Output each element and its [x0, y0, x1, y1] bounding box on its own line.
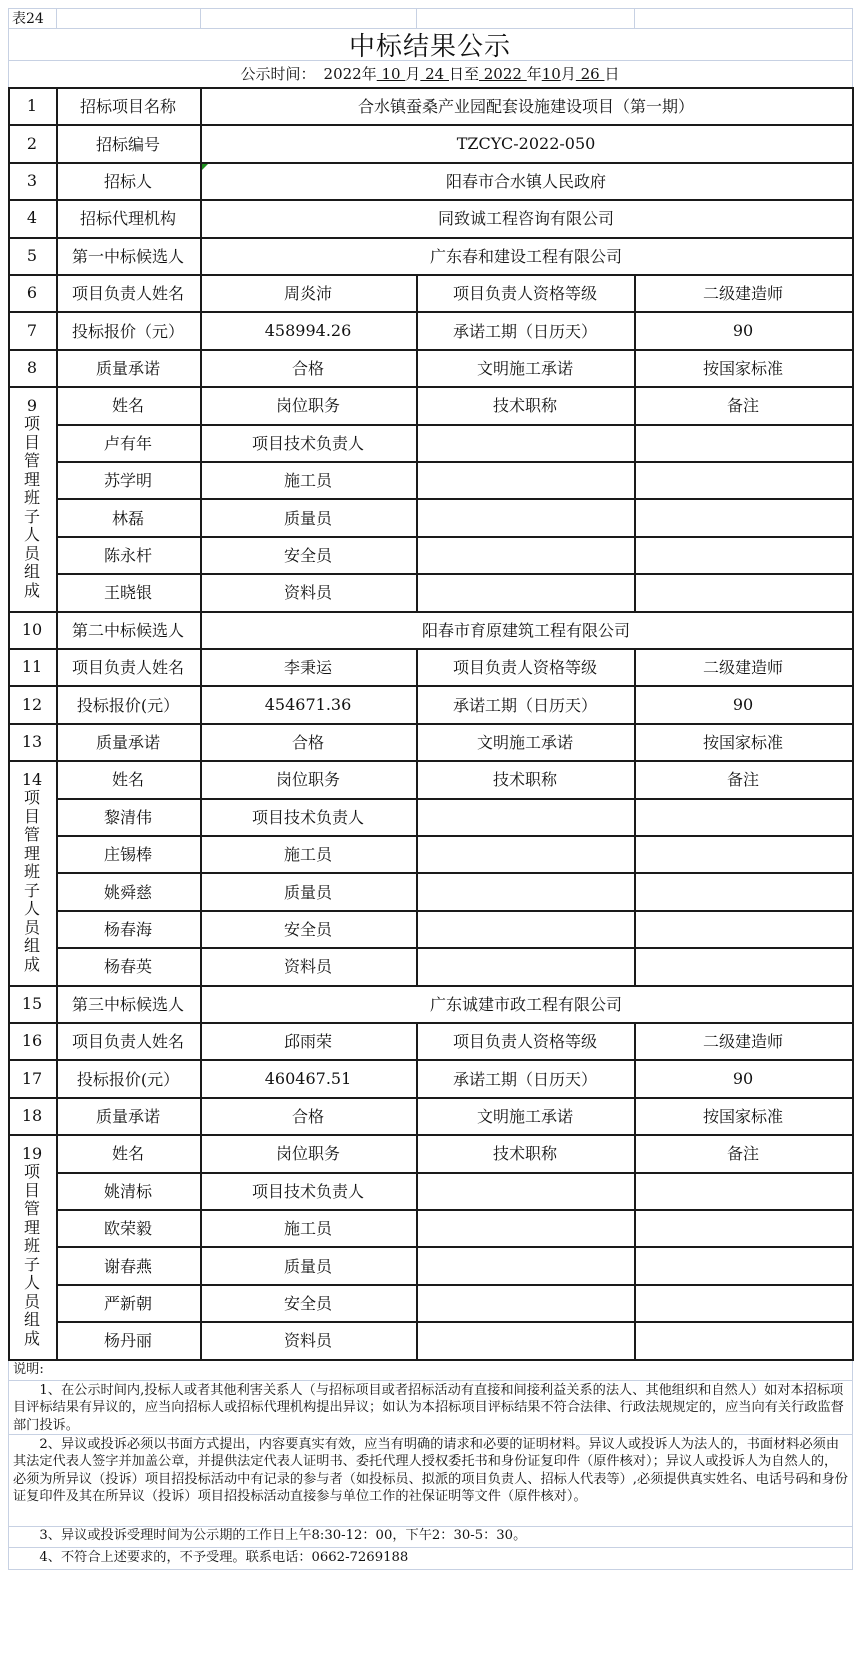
date-day1: 24: [420, 65, 449, 83]
member-name: 陈永杆: [56, 536, 200, 573]
team-label-char: 成: [24, 1330, 40, 1349]
team-column-header: 岗位职务: [200, 760, 416, 797]
team-label-char: 成: [24, 582, 40, 601]
civil-construction-label: 文明施工承诺: [416, 349, 634, 386]
member-note: [634, 461, 852, 498]
quality-value: 合格: [200, 1097, 416, 1134]
duration-value: 90: [634, 311, 852, 348]
gridline: [56, 573, 58, 612]
candidate-company: 广东诚建市政工程有限公司: [200, 985, 852, 1022]
gridline: [634, 685, 636, 724]
gridline: [200, 237, 202, 276]
member-role: 施工员: [200, 461, 416, 498]
gridline: [56, 8, 57, 29]
gridline: [200, 1059, 202, 1098]
gridline: [200, 1134, 202, 1173]
gridline: [8, 1097, 854, 1099]
member-note: [634, 798, 852, 835]
gridline: [56, 1321, 58, 1360]
gridline: [200, 685, 202, 724]
member-note: [634, 536, 852, 573]
gridline: [56, 237, 58, 276]
duration-label: 承诺工期（日历天）: [416, 1059, 634, 1096]
gridline: [8, 274, 854, 276]
team-label-char: 管: [24, 1200, 40, 1219]
gridline: [56, 1097, 58, 1136]
candidate-company: 广东春和建设工程有限公司: [200, 237, 852, 274]
member-note: [634, 947, 852, 984]
gridline: [56, 1209, 58, 1248]
gridline: [56, 723, 58, 762]
gridline: [8, 760, 854, 762]
gridline: [200, 798, 202, 837]
date-year1: 2022年: [324, 63, 377, 84]
field-label: 招标人: [56, 162, 200, 199]
gridline: [416, 386, 418, 425]
field-value: TZCYC-2022-050: [200, 124, 852, 161]
team-label-char: 组: [24, 563, 40, 582]
gridline: [56, 1022, 58, 1061]
member-name: 苏学明: [56, 461, 200, 498]
member-title: [416, 536, 634, 573]
team-section-label: 14项目管理班子人员组成: [8, 760, 56, 984]
field-value: 合水镇蚕桑产业园配套设施建设项目（第一期）: [200, 87, 852, 124]
qualification-label: 项目负责人资格等级: [416, 1022, 634, 1059]
member-note: [634, 498, 852, 535]
qualification-value: 二级建造师: [634, 648, 852, 685]
gridline: [200, 424, 202, 463]
member-name: 姚清标: [56, 1172, 200, 1209]
team-label-char: 理: [24, 1219, 40, 1238]
gridline: [56, 1284, 58, 1323]
gridline: [416, 835, 418, 874]
gridline: [852, 8, 853, 88]
gridline: [56, 162, 58, 201]
gridline: [634, 1059, 636, 1098]
member-title: [416, 498, 634, 535]
date-m-label1: 月: [405, 63, 420, 84]
gridline: [56, 386, 58, 425]
gridline: [634, 910, 636, 949]
gridline: [200, 536, 202, 575]
gridline: [416, 1246, 418, 1285]
member-role: 资料员: [200, 1321, 416, 1358]
gridline: [56, 910, 58, 949]
team-label-char: 组: [24, 1311, 40, 1330]
team-label-char: 班: [24, 1237, 40, 1256]
member-title: [416, 947, 634, 984]
date-m-label2: 月: [561, 63, 576, 84]
team-column-header: 备注: [634, 760, 852, 797]
gridline: [634, 311, 636, 350]
team-label-char: 项: [24, 789, 40, 808]
duration-label: 承诺工期（日历天）: [416, 311, 634, 348]
gridline: [56, 424, 58, 463]
member-role: 施工员: [200, 1209, 416, 1246]
manager-name: 周炎沛: [200, 274, 416, 311]
gridline: [56, 648, 58, 687]
bid-price-value: 460467.51: [200, 1059, 416, 1096]
gridline: [200, 349, 202, 388]
candidate-company: 阳春市育原建筑工程有限公司: [200, 611, 852, 648]
gridline: [200, 1209, 202, 1248]
qualification-value: 二级建造师: [634, 274, 852, 311]
quality-value: 合格: [200, 723, 416, 760]
team-label-char: 员: [24, 545, 40, 564]
gridline: [416, 1059, 418, 1098]
member-name: 卢有年: [56, 424, 200, 461]
member-note: [634, 910, 852, 947]
gridline: [634, 386, 636, 425]
member-name: 杨春英: [56, 947, 200, 984]
quality-value: 合格: [200, 349, 416, 386]
member-name: 黎清伟: [56, 798, 200, 835]
row-number: 4: [8, 199, 56, 236]
gridline: [416, 798, 418, 837]
row-number: 12: [8, 685, 56, 722]
gridline: [8, 349, 854, 351]
gridline: [8, 1059, 854, 1061]
member-title: [416, 1321, 634, 1358]
field-value: 同致诚工程咨询有限公司: [200, 199, 852, 236]
gridline: [8, 985, 854, 987]
gridline: [852, 87, 854, 1361]
team-column-header: 技术职称: [416, 760, 634, 797]
gridline: [56, 611, 58, 650]
duration-value: 90: [634, 685, 852, 722]
gridline: [416, 573, 418, 612]
row-number: 7: [8, 311, 56, 348]
member-name: 林磊: [56, 498, 200, 535]
civil-construction-label: 文明施工承诺: [416, 1097, 634, 1134]
qualification-label: 项目负责人资格等级: [416, 274, 634, 311]
gridline: [200, 199, 202, 238]
civil-construction-value: 按国家标准: [634, 349, 852, 386]
team-column-header: 岗位职务: [200, 386, 416, 423]
field-value: 阳春市合水镇人民政府: [200, 162, 852, 199]
member-note: [634, 573, 852, 610]
page-title: 中标结果公示: [8, 28, 852, 60]
member-title: [416, 872, 634, 909]
row-number: 13: [8, 723, 56, 760]
gridline: [200, 611, 202, 650]
member-role: 资料员: [200, 947, 416, 984]
team-label-char: 成: [24, 956, 40, 975]
qualification-label: 项目负责人资格等级: [416, 648, 634, 685]
gridline: [8, 87, 854, 89]
gridline: [200, 835, 202, 874]
gridline: [56, 536, 58, 575]
gridline: [56, 498, 58, 537]
team-column-header: 姓名: [56, 386, 200, 423]
gridline: [8, 124, 854, 126]
row-number: 9: [27, 397, 37, 416]
team-label-char: 人: [24, 1274, 40, 1293]
gridline: [634, 1209, 636, 1248]
row-number: 3: [8, 162, 56, 199]
date-d-label2: 日: [604, 63, 619, 84]
gridline: [416, 349, 418, 388]
table-label: 表24: [8, 8, 56, 28]
bid-price-value: 454671.36: [200, 685, 416, 722]
gridline: [200, 498, 202, 537]
gridline: [634, 274, 636, 313]
member-role: 项目技术负责人: [200, 424, 416, 461]
row-number: 18: [8, 1097, 56, 1134]
gridline: [634, 723, 636, 762]
field-label: 招标项目名称: [56, 87, 200, 124]
member-note: [634, 1246, 852, 1283]
team-label-char: 管: [24, 826, 40, 845]
gridline: [634, 536, 636, 575]
gridline: [416, 311, 418, 350]
team-column-header: 技术职称: [416, 386, 634, 423]
note-item-2: 2、异议或投诉必须以书面方式提出，内容要真实有效，应当有明确的请求和必要的证明材…: [9, 1434, 852, 1526]
error-indicator-icon: [202, 164, 208, 170]
gridline: [56, 1172, 58, 1211]
gridline: [634, 349, 636, 388]
gridline: [634, 1134, 636, 1173]
member-name: 严新朝: [56, 1284, 200, 1321]
member-title: [416, 1209, 634, 1246]
gridline: [416, 723, 418, 762]
gridline: [200, 1022, 202, 1061]
gridline: [56, 311, 58, 350]
gridline: [634, 760, 636, 799]
member-note: [634, 424, 852, 461]
date-d-label1: 日至: [449, 63, 479, 84]
team-label-char: 班: [24, 489, 40, 508]
gridline: [416, 1097, 418, 1136]
civil-construction-label: 文明施工承诺: [416, 723, 634, 760]
gridline: [200, 8, 201, 29]
bid-price-label: 投标报价(元）: [56, 1059, 200, 1096]
quality-label: 质量承诺: [56, 349, 200, 386]
gridline: [634, 1172, 636, 1211]
gridline: [8, 685, 854, 687]
member-note: [634, 1321, 852, 1358]
gridline: [56, 274, 58, 313]
team-label-char: 项: [24, 1163, 40, 1182]
gridline: [634, 424, 636, 463]
quality-label: 质量承诺: [56, 1097, 200, 1134]
team-label-char: 员: [24, 919, 40, 938]
manager-label: 项目负责人姓名: [56, 648, 200, 685]
gridline: [56, 124, 58, 163]
team-label-char: 目: [24, 808, 40, 827]
gridline: [56, 87, 58, 126]
date-month1: 10: [377, 65, 406, 83]
manager-label: 项目负责人姓名: [56, 1022, 200, 1059]
bid-price-label: 投标报价(元）: [56, 685, 200, 722]
candidate-label: 第二中标候选人: [56, 611, 200, 648]
gridline: [56, 349, 58, 388]
gridline: [8, 611, 854, 613]
gridline: [634, 461, 636, 500]
gridline: [8, 8, 853, 9]
gridline: [8, 199, 854, 201]
gridline: [56, 685, 58, 724]
team-label-char: 组: [24, 937, 40, 956]
row-number: 2: [8, 124, 56, 161]
gridline: [200, 124, 202, 163]
member-name: 姚舜慈: [56, 872, 200, 909]
gridline: [56, 985, 58, 1024]
row-number: 14: [22, 771, 42, 790]
member-title: [416, 910, 634, 947]
gridline: [634, 1097, 636, 1136]
civil-construction-value: 按国家标准: [634, 723, 852, 760]
member-note: [634, 835, 852, 872]
member-role: 质量员: [200, 1246, 416, 1283]
team-column-header: 岗位职务: [200, 1134, 416, 1171]
team-label-char: 班: [24, 863, 40, 882]
member-title: [416, 1284, 634, 1321]
team-label-char: 子: [24, 508, 40, 527]
gridline: [416, 274, 418, 313]
note-item-3: 3、异议或投诉受理时间为公示期的工作日上午8:30-12：00，下午2：30-5…: [9, 1526, 852, 1547]
row-number: 19: [22, 1145, 42, 1164]
member-name: 庄锡棒: [56, 835, 200, 872]
gridline: [200, 723, 202, 762]
field-label: 招标编号: [56, 124, 200, 161]
member-title: [416, 1246, 634, 1283]
member-role: 安全员: [200, 1284, 416, 1321]
gridline: [634, 1246, 636, 1285]
gridline: [634, 498, 636, 537]
gridline: [634, 1284, 636, 1323]
gridline: [200, 461, 202, 500]
gridline: [56, 1059, 58, 1098]
team-column-header: 技术职称: [416, 1134, 634, 1171]
row-number: 8: [8, 349, 56, 386]
gridline: [200, 648, 202, 687]
member-role: 施工员: [200, 835, 416, 872]
member-note: [634, 1209, 852, 1246]
member-role: 安全员: [200, 910, 416, 947]
gridline: [200, 1172, 202, 1211]
duration-value: 90: [634, 1059, 852, 1096]
gridline: [416, 424, 418, 463]
gridline: [56, 199, 58, 238]
gridline: [200, 311, 202, 350]
gridline: [634, 1022, 636, 1061]
gridline: [634, 8, 635, 29]
member-name: 王晓银: [56, 573, 200, 610]
candidate-label: 第三中标候选人: [56, 985, 200, 1022]
date-y-label2: 年: [527, 63, 542, 84]
team-label-char: 子: [24, 882, 40, 901]
team-column-header: 备注: [634, 386, 852, 423]
field-label: 招标代理机构: [56, 199, 200, 236]
gridline: [416, 685, 418, 724]
gridline: [634, 573, 636, 612]
manager-name: 邱雨荣: [200, 1022, 416, 1059]
gridline: [56, 835, 58, 874]
gridline: [8, 162, 854, 164]
gridline: [634, 835, 636, 874]
gridline: [416, 1172, 418, 1211]
team-label-char: 理: [24, 845, 40, 864]
row-number: 10: [8, 611, 56, 648]
gridline: [200, 760, 202, 799]
row-number: 17: [8, 1059, 56, 1096]
notes-heading: 说明:: [9, 1361, 852, 1380]
note-item-1: 1、在公示时间内,投标人或者其他利害关系人（与招标项目或者招标活动有直接和间接利…: [9, 1380, 852, 1434]
row-number: 6: [8, 274, 56, 311]
gridline: [56, 461, 58, 500]
publicity-period: 公示时间：2022年 10 月 24 日至 2022 年10月 26 日: [8, 60, 852, 87]
gridline: [416, 648, 418, 687]
gridline: [416, 1321, 418, 1360]
gridline: [200, 910, 202, 949]
team-label-char: 管: [24, 452, 40, 471]
gridline: [416, 1284, 418, 1323]
gridline: [8, 723, 854, 725]
gridline: [8, 386, 854, 388]
candidate-label: 第一中标候选人: [56, 237, 200, 274]
member-title: [416, 835, 634, 872]
gridline: [416, 461, 418, 500]
civil-construction-value: 按国家标准: [634, 1097, 852, 1134]
gridline: [200, 386, 202, 425]
gridline: [56, 947, 58, 986]
gridline: [56, 872, 58, 911]
member-note: [634, 872, 852, 909]
gridline: [200, 1097, 202, 1136]
duration-label: 承诺工期（日历天）: [416, 685, 634, 722]
row-number: 1: [8, 87, 56, 124]
note-item-4: 4、不符合上述要求的，不予受理。联系电话：0662-7269188: [9, 1547, 852, 1569]
gridline: [8, 311, 854, 313]
member-role: 项目技术负责人: [200, 798, 416, 835]
gridline: [200, 1321, 202, 1360]
gridline: [200, 573, 202, 612]
qualification-value: 二级建造师: [634, 1022, 852, 1059]
team-label-char: 人: [24, 526, 40, 545]
gridline: [416, 872, 418, 911]
team-label-char: 人: [24, 900, 40, 919]
member-note: [634, 1284, 852, 1321]
gridline: [56, 1246, 58, 1285]
member-role: 质量员: [200, 872, 416, 909]
team-column-header: 姓名: [56, 760, 200, 797]
gridline: [200, 274, 202, 313]
date-prefix: 公示时间：: [241, 63, 316, 84]
gridline: [200, 1284, 202, 1323]
gridline: [8, 1022, 854, 1024]
member-title: [416, 573, 634, 610]
team-label-char: 理: [24, 471, 40, 490]
member-title: [416, 798, 634, 835]
gridline: [852, 1361, 853, 1570]
date-day2: 26: [576, 65, 605, 83]
gridline: [634, 1321, 636, 1360]
member-name: 欧荣毅: [56, 1209, 200, 1246]
gridline: [416, 947, 418, 986]
team-label-char: 目: [24, 1182, 40, 1201]
bid-price-value: 458994.26: [200, 311, 416, 348]
gridline: [416, 1022, 418, 1061]
gridline: [8, 1569, 853, 1570]
team-label-char: 子: [24, 1256, 40, 1275]
gridline: [416, 1209, 418, 1248]
gridline: [416, 498, 418, 537]
manager-name: 李秉运: [200, 648, 416, 685]
gridline: [416, 536, 418, 575]
bid-price-label: 投标报价（元）: [56, 311, 200, 348]
gridline: [8, 87, 10, 1361]
